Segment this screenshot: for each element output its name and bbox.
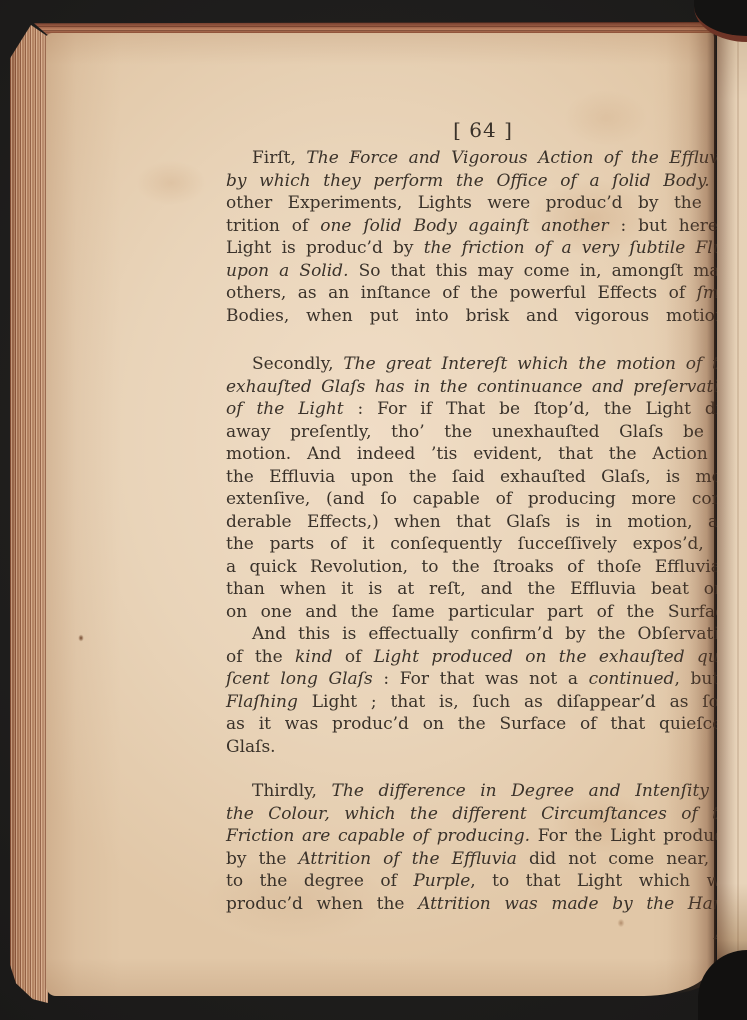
text-line: ſcent long Glaſs : For that was not a co… — [226, 668, 740, 691]
italic-text-segment: The Force and Vigorous Action of the Eff… — [306, 148, 740, 168]
text-line: Thirdly, The difference in Degree and In… — [226, 780, 740, 803]
italic-text-segment: kind — [295, 647, 333, 667]
italic-text-segment: ſcent long Glaſs — [226, 669, 373, 689]
italic-text-segment: The great Intereſt which the motion of t… — [343, 354, 740, 374]
text-line: the parts of it conſequently ſucceſſivel… — [226, 533, 740, 556]
text-line: trition of one ſolid Body againſt anothe… — [226, 215, 740, 238]
italic-text-segment: Attrition of the Effluvia — [298, 849, 516, 869]
italic-text-segment: one ſolid Body againſt another — [320, 216, 608, 236]
book-page: [ 64 ] Firſt, The Force and Vigorous Act… — [46, 33, 714, 996]
text-line: to the degree of Purple, to that Light w… — [226, 870, 740, 893]
paragraph: And this is effectually confirm’d by the… — [226, 623, 740, 758]
text-line: Friction are capable of producing. For t… — [226, 825, 740, 848]
text-line: Glaſs. — [226, 736, 740, 759]
text-line: produc’d when the Attrition was made by … — [226, 893, 740, 916]
italic-text-segment: the Colour, which the different Circumſt… — [226, 804, 740, 824]
italic-text-segment: The difference in Degree and Intenſity o… — [332, 781, 740, 801]
text-line: exhauſted Glaſs has in the continuance a… — [226, 376, 740, 399]
italic-text-segment: Light produced on the exhauſted quie- — [374, 647, 740, 667]
text-line: Flaſhing Light ; that is, ſuch as diſapp… — [226, 691, 740, 714]
text-line: derable Effects,) when that Glaſs is in … — [226, 511, 740, 534]
italic-text-segment: the friction of a very ſubtile Fluid — [424, 238, 740, 258]
text-line: Firſt, The Force and Vigorous Action of … — [226, 147, 740, 170]
text-line: Bodies, when put into brisk and vigorous… — [226, 305, 740, 328]
text-line: upon a Solid. So that this may come in, … — [226, 260, 740, 283]
text-line: as it was produc’d on the Surface of tha… — [226, 713, 740, 736]
italic-text-segment: Attrition was made by the Hand. — [418, 894, 740, 914]
text-line: Light is produc’d by the friction of a v… — [226, 237, 740, 260]
text-line: away preſently, tho’ the unexhauſted Gla… — [226, 421, 740, 444]
text-line: than when it is at reſt, and the Effluvi… — [226, 578, 740, 601]
text-line: on one and the ſame particular part of t… — [226, 601, 740, 624]
paragraph: Thirdly, The difference in Degree and In… — [226, 780, 740, 915]
book-page-block: [ 64 ] Firſt, The Force and Vigorous Act… — [10, 20, 714, 1006]
text-line: the Colour, which the different Circumſt… — [226, 803, 740, 826]
text-line: Secondly, The great Intereſt which the m… — [226, 353, 740, 376]
text-block: Firſt, The Force and Vigorous Action of … — [226, 147, 740, 915]
text-line: other Experiments, Lights were produc’d … — [226, 192, 740, 215]
page-number: [ 64 ] — [226, 117, 740, 143]
text-line: motion. And indeed ’tis evident, that th… — [226, 443, 740, 466]
italic-text-segment: Purple — [413, 871, 470, 891]
text-line: extenſive, (and ſo capable of producing … — [226, 488, 740, 511]
text-line: the Effluvia upon the ſaid exhauſted Gla… — [226, 466, 740, 489]
catchword: An — [226, 923, 740, 946]
text-line: others, as an inſtance of the powerful E… — [226, 282, 740, 305]
italic-text-segment: Flaſhing — [226, 692, 298, 712]
italic-text-segment: of the Light — [226, 399, 344, 419]
text-line: by which they perform the Office of a ſo… — [226, 170, 740, 193]
italic-text-segment: exhauſted Glaſs has in the continuance a… — [226, 377, 740, 397]
italic-text-segment: Friction are capable of producing. — [226, 826, 530, 846]
paragraph: Secondly, The great Intereſt which the m… — [226, 353, 740, 623]
italic-text-segment: continued — [589, 669, 675, 689]
facing-page-sliver — [717, 34, 747, 978]
text-line: And this is effectually confirm’d by the… — [226, 623, 740, 646]
italic-text-segment: by which they perform the Office of a ſo… — [226, 171, 710, 191]
text-line: a quick Revolution, to the ſtroaks of th… — [226, 556, 740, 579]
book-fore-edge — [10, 25, 48, 1006]
paragraph: Firſt, The Force and Vigorous Action of … — [226, 147, 740, 327]
text-line: of the kind of Light produced on the exh… — [226, 646, 740, 669]
text-line: by the Attrition of the Effluvia did not… — [226, 848, 740, 871]
text-column: [ 64 ] Firſt, The Force and Vigorous Act… — [226, 117, 740, 946]
italic-text-segment: upon a Solid. — [226, 261, 348, 281]
text-line: of the Light : For if That be ſtop’d, th… — [226, 398, 740, 421]
photo-background: [ 64 ] Firſt, The Force and Vigorous Act… — [0, 0, 747, 1020]
